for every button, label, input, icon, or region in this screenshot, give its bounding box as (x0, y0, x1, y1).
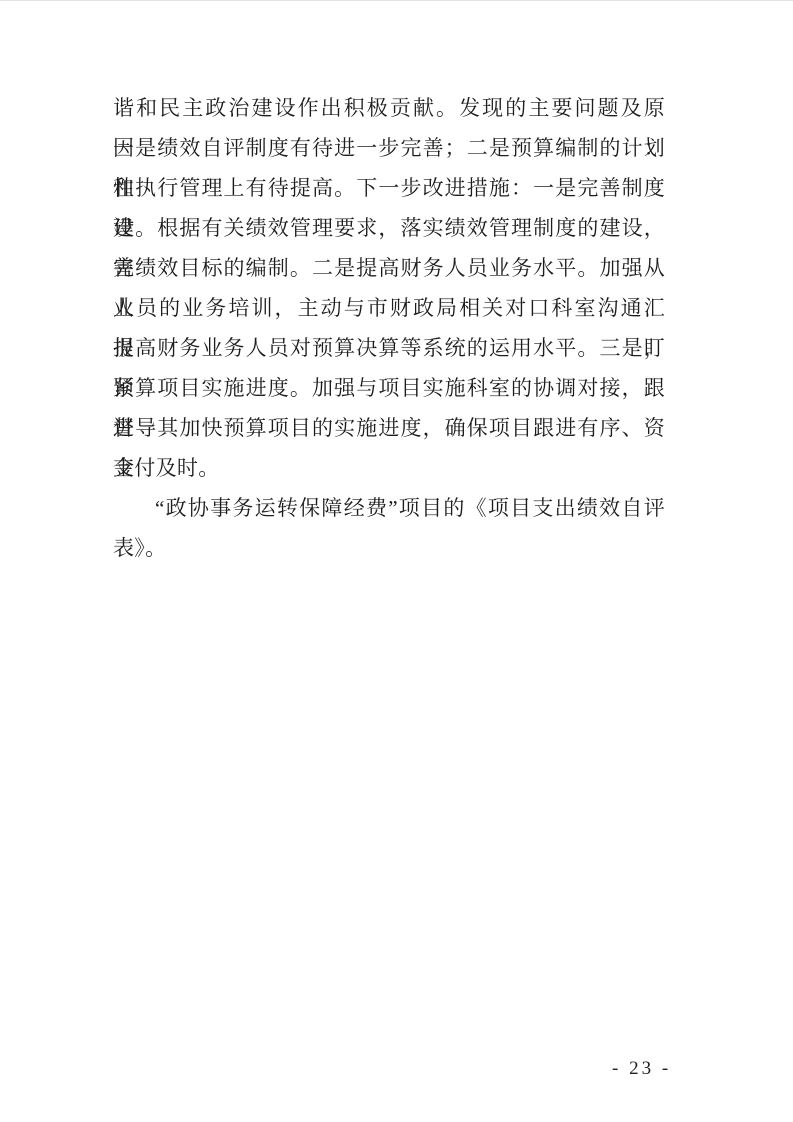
text-line: 表》。 (113, 528, 665, 568)
text-line: “政协事务运转保障经费”项目的《项目支出绩效自评 (113, 488, 665, 528)
text-line: 善绩效目标的编制。二是提高财务人员业务水平。加强从业 (113, 248, 665, 288)
text-line: 督导其加快预算项目的实施进度，确保项目跟进有序、资金 (113, 408, 665, 448)
text-line: 和执行管理上有待提高。下一步改进措施：一是完善制度建 (113, 168, 665, 208)
text-line: 提高财务业务人员对预算决算等系统的运用水平。三是盯紧 (113, 328, 665, 368)
text-line: 设。根据有关绩效管理要求，落实绩效管理制度的建设，完 (113, 208, 665, 248)
text-line: 一是绩效自评制度有待进一步完善；二是预算编制的计划性 (113, 128, 665, 168)
page-number: - 23 - (612, 1058, 671, 1080)
page-top-edge (0, 0, 793, 1)
text-line: 人员的业务培训，主动与市财政局相关对口科室沟通汇报， (113, 288, 665, 328)
body-text: 谐和民主政治建设作出积极贡献。发现的主要问题及原因：一是绩效自评制度有待进一步完… (113, 88, 665, 568)
text-line: 支付及时。 (113, 448, 665, 488)
text-line: 谐和民主政治建设作出积极贡献。发现的主要问题及原因： (113, 88, 665, 128)
document-page: 谐和民主政治建设作出积极贡献。发现的主要问题及原因：一是绩效自评制度有待进一步完… (0, 0, 793, 1122)
text-line: 预算项目实施进度。加强与项目实施科室的协调对接，跟进 (113, 368, 665, 408)
